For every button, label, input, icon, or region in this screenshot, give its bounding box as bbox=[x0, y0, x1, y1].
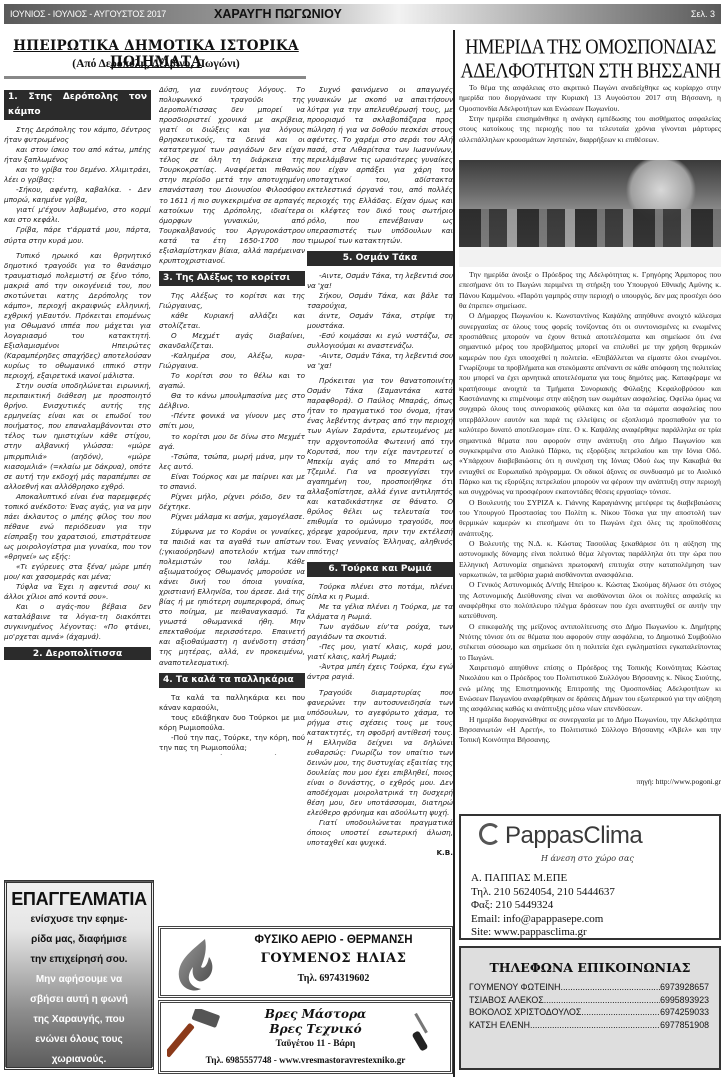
contact-list: ΓΟΥΜΕΝΟΥ ΦΩΤΕΙΝΗ6973928657 ΤΣΙΑΒΟΣ ΑΛΕΚΟ… bbox=[469, 981, 709, 1031]
verse: Σήκου, Οσμάν Τάκα, και βάλε τα τσαρούχια… bbox=[307, 291, 453, 311]
paragraph: Χαιρετισμό απηύθυνε επίσης ο Πρόεδρος τη… bbox=[459, 663, 721, 715]
verse: Της Αλέξως το κορίτσι και της Γιώργαινας… bbox=[159, 291, 305, 311]
verse: Ρίχνει μήλο, ρίχνει ρόιδο, δεν τα δέχτηκ… bbox=[159, 492, 305, 512]
paragraph: Ο Βολευτής της Ν.Δ. κ. Κώστας Τασούλας ξ… bbox=[459, 539, 721, 580]
contact-phones-title: ΤΗΛΕΦΩΝΑ ΕΠΙΚΟΙΝΩΝΙΑΣ bbox=[461, 960, 719, 975]
issue-date: ΙΟΥΝΙΟΣ - ΙΟΥΛΙΟΣ - ΑΥΓΟΥΣΤΟΣ 2017 bbox=[10, 9, 166, 19]
verse: -Αιντε, Οσμάν Τάκα, τη λεβεντιά σου να '… bbox=[307, 271, 453, 291]
verse: -Πέντε φονικά να γίνουν μες στο σπίτι μο… bbox=[159, 411, 305, 431]
promo-line: ρίδα μας, διαφήμισε bbox=[7, 930, 151, 950]
verse: -Σήκου, αφέντη, καβαλίκα. - Δεν μπορώ, κ… bbox=[4, 185, 151, 205]
promo-line: σβήσει αυτή η φωνή bbox=[7, 990, 151, 1010]
promo-line: ενίσχυσε την εφημε- bbox=[7, 910, 151, 930]
paragraph: Ο Δήμαρχος Πωγωνίου κ. Κωνσταντίνος Καψά… bbox=[459, 311, 721, 497]
verse: Θα το κάνω μπουλμπασίνα μες στο Δέλβινο. bbox=[159, 391, 305, 411]
screwdriver-icon bbox=[410, 1009, 440, 1053]
title-line: ΑΔΕΛΦΟΤΗΤΩΝ ΣΤΗ ΒΗΣΣΑΝΗ bbox=[458, 60, 723, 84]
advertise-promo-box: ΕΠΑΓΓΕΛΜΑΤΙΑ ενίσχυσε την εφημε- ρίδα μα… bbox=[4, 880, 154, 1070]
contact-entry: ΤΣΙΑΒΟΣ ΑΛΕΚΟΣ6995893923 bbox=[469, 994, 709, 1007]
swirl-logo-icon bbox=[479, 823, 501, 845]
verse: Στης Δερόπολης τον κάμπο, δέντρος ήταν φ… bbox=[4, 125, 151, 145]
verse: κάθε Κυριακή αλλάζει και στολίζεται. bbox=[159, 311, 305, 331]
phone: Τηλ. 210 5624054, 210 5444637 bbox=[471, 886, 615, 900]
contact-entry: ΒΟΚΟΛΟΣ ΧΡΙΣΤΟΔΟΥΛΟΣ6974259033 bbox=[469, 1006, 709, 1019]
paragraph: Στην ουσία υποδηλώνεται ειρωνική, περιπα… bbox=[4, 381, 151, 492]
pappas-slogan: Η άνεση στο χώρο σας bbox=[541, 854, 634, 863]
section-heading: 6. Τούρκα και Ρωμιά bbox=[307, 562, 453, 577]
contact-entry: ΚΑΤΣΗ ΕΛΕΝΗ6977851908 bbox=[469, 1019, 709, 1032]
paragraph: Η ημερίδα διοργανώθηκε σε συνεργασία με … bbox=[459, 715, 721, 746]
verse: -Πες μου, γιατί κλαις, κυρά μου, γιατί κ… bbox=[307, 642, 453, 662]
conference-body: Την ημερίδα άνοιξε ο Πρόεδρος της Αδελφό… bbox=[459, 270, 721, 746]
promo-line: Μην αφήσουμε να bbox=[7, 970, 151, 990]
paragraph: Το θέμα της ασφάλειας στο ακριτικό Πωγών… bbox=[459, 83, 721, 114]
vres-ad-line2: Βρες Τεχνικό bbox=[221, 1022, 410, 1036]
promo-line: ενώνει όλους τους bbox=[7, 1030, 151, 1050]
contact-entry: ΓΟΥΜΕΝΟΥ ΦΩΤΕΙΝΗ6973928657 bbox=[469, 981, 709, 994]
section-heading: 1. Στης Δερόπολης τον κάμπο bbox=[4, 90, 151, 120]
paragraph: Τραγούδι διαμαρτυρίας που φανερώνει την … bbox=[307, 688, 453, 819]
source-link[interactable]: πηγή: http://www.pogoni.gr bbox=[459, 777, 721, 786]
newspaper-header-bar: ΙΟΥΝΙΟΣ - ΙΟΥΛΙΟΣ - ΑΥΓΟΥΣΤΟΣ 2017 ΧΑΡΑΥ… bbox=[4, 4, 721, 24]
verse: Τα καλά τα παλληκάρια κει που κάναν καρα… bbox=[159, 693, 305, 713]
verse: τους εδιάβηκαν δυο Τούρκοι με μια κόρη Ρ… bbox=[159, 713, 305, 733]
paragraph: Ο Γενικός Αστυνομικός Δ/ντής Ηπείρου κ. … bbox=[459, 580, 721, 621]
verse: Γρίβα, πάρε τ'άρματά μου, πάρτα, σύρτα σ… bbox=[4, 225, 151, 245]
promo-line: χωριανούς. bbox=[7, 1050, 151, 1070]
vres-ad-contact[interactable]: Τηλ. 6985557748 - www.vresmastoravrestex… bbox=[163, 1055, 448, 1065]
poems-column-2: Δύση, για ευνόητους λόγους. Το πολυφωνικ… bbox=[159, 85, 305, 755]
paragraph: Συχνό φαινόμενο οι απαγωγές γυναικών με … bbox=[307, 85, 453, 246]
promo-line: της Χαραυγής, που bbox=[7, 1010, 151, 1030]
poems-article-subtitle: (Από Δερόπολη, Δέλβινο, Πωγώνι) bbox=[6, 58, 306, 70]
paragraph: Αποκαλυπτικό είναι ένα παρεμφερές τοπικό… bbox=[4, 492, 151, 562]
verse: Είναι Τούρκος και με παίρνει και με το σ… bbox=[159, 472, 305, 492]
column-divider bbox=[453, 30, 455, 1077]
section-heading: 2. Δεροπολίτισσα bbox=[4, 647, 151, 660]
pappasclima-ad: PappasClima Η άνεση στο χώρο σας Α. ΠΑΠΠ… bbox=[459, 814, 721, 940]
verse: Ρίχνει μάλαμα κι ασήμι, χαμογέλασε. bbox=[159, 512, 305, 522]
company-name: Α. ΠΑΠΠΑΣ Μ.ΕΠΕ bbox=[471, 872, 615, 886]
verse: και στον ίσκιο του από κάτω, μπέης ήταν … bbox=[4, 145, 151, 165]
section-heading: 4. Τα καλά τα παλληκάρια bbox=[159, 673, 305, 688]
paragraph: Τύφλα να Έχει η αφεντιά σου/ κι άλλοι χί… bbox=[4, 582, 151, 602]
verse: -Πού την πας, Τούρκε, την κόρη, πού την … bbox=[159, 733, 305, 753]
conference-article-title: ΗΜΕΡΙΔΑ ΤΗΣ ΟΜΟΣΠΟΝΔΙΑΣ ΑΔΕΛΦΟΤΗΤΩΝ ΣΤΗ … bbox=[458, 36, 723, 84]
promo-line: την επιχείρησή σου. bbox=[7, 950, 151, 970]
gas-ad-phone: Τηλ. 6974319602 bbox=[221, 973, 446, 984]
paragraph: Ο Βουλευτής του ΣΥΡΙΖΑ κ. Γιάννης Καραγι… bbox=[459, 498, 721, 539]
verse: και το γρίβα του δεμένο. Χλιμιτράει, λέε… bbox=[4, 165, 151, 185]
pappasclima-logo: PappasClima bbox=[479, 822, 642, 850]
paragraph: «Τι εγύρευες στα ξένα/ μώρε μπέη μου/ κα… bbox=[4, 562, 151, 582]
verse: -Τσώπα, τσώπα, μωρή μάνα, μην το λες αυτ… bbox=[159, 452, 305, 472]
paragraph: Πρόκειται για τον θανατοποινίτη Οσμάν Τά… bbox=[307, 376, 453, 557]
verse: Ο Μεχμέτ αγάς διαβαίνει, σκανδαλίζεται. bbox=[159, 331, 305, 351]
gas-heating-ad: ΦΥΣΙΚΟ ΑΕΡΙΟ - ΘΕΡΜΑΝΣΗ ΓΟΥΜΕΝΟΣ ΗΛΙΑΣ Τ… bbox=[158, 926, 453, 998]
author-signature: Κ.Β. bbox=[307, 848, 453, 855]
conference-intro: Το θέμα της ασφάλειας στο ακριτικό Πωγών… bbox=[459, 83, 721, 145]
verse: -Καλημέρα σου, Αλέξω, κυρα-Γιώργαινα. bbox=[159, 351, 305, 371]
conference-photo bbox=[459, 160, 721, 267]
header-rule bbox=[4, 76, 306, 79]
verse: -Άντρα μπέη έχεις Τούρκα, έχω εγώ άντρα … bbox=[307, 662, 453, 682]
verse: -Γκω την έχω γκορασμένη, με φλωράκια πλε… bbox=[159, 753, 305, 755]
verse: Τούρκα πλένει στο ποτάμι, πλένει δίπλα κ… bbox=[307, 582, 453, 602]
verse: γιατί μ'έχουν λαβωμένο, στο κορμί και στ… bbox=[4, 205, 151, 225]
paragraph: Γιατί υποδουλώνεται πραγματικά όποιος υπ… bbox=[307, 818, 453, 848]
promo-heading: ΕΠΑΓΓΕΛΜΑΤΙΑ bbox=[7, 889, 151, 910]
paragraph: Τυπικό ηρωικό και θρηνητικό δημοτικό τρα… bbox=[4, 251, 151, 382]
pappas-contact-info: Α. ΠΑΠΠΑΣ Μ.ΕΠΕ Τηλ. 210 5624054, 210 54… bbox=[471, 872, 615, 940]
email-link[interactable]: Email: info@apappasepe.com bbox=[471, 913, 615, 927]
section-heading: 5. Οσμάν Τάκα bbox=[307, 251, 453, 266]
contact-phones-box: ΤΗΛΕΦΩΝΑ ΕΠΙΚΟΙΝΩΝΙΑΣ ΓΟΥΜΕΝΟΥ ΦΩΤΕΙΝΗ69… bbox=[459, 946, 721, 1070]
paragraph: Την ημερίδα άνοιξε ο Πρόεδρος της Αδελφό… bbox=[459, 270, 721, 311]
verse: άιντε, Οσμάν Τάκα, στρίψε τη μουστάκα. bbox=[307, 311, 453, 331]
verse: -Αιντε, Οσμάν Τάκα, τη λεβεντιά σου να '… bbox=[307, 351, 453, 371]
site-link[interactable]: Site: www.pappasclima.gr bbox=[471, 926, 615, 940]
verse: -Εσύ κοιμάσαι κι εγώ νυστάζω, σε συλλογι… bbox=[307, 331, 453, 351]
section-heading: 3. Της Αλέξως το κορίτσι bbox=[159, 271, 305, 286]
poems-column-3: Συχνό φαινόμενο οι απαγωγές γυναικών με … bbox=[307, 85, 453, 855]
paragraph: Στην ημερίδα επισημάνθηκε η ανάγκη εμπέδ… bbox=[459, 114, 721, 145]
flame-icon bbox=[171, 937, 219, 993]
paragraph: Δύση, για ευνόητους λόγους. Το πολυφωνικ… bbox=[159, 85, 305, 266]
page-number: Σελ. 3 bbox=[691, 9, 715, 19]
paragraph: Ο επικεφαλής της μείζονος αντιπολίτευσης… bbox=[459, 622, 721, 663]
gas-ad-name: ΓΟΥΜΕΝΟΣ ΗΛΙΑΣ bbox=[221, 951, 446, 966]
verse: Των αγάδων είν'τα ρούχα, των ραγιάδων τα… bbox=[307, 622, 453, 642]
hammer-icon bbox=[167, 1009, 223, 1059]
gas-ad-title: ΦΥΣΙΚΟ ΑΕΡΙΟ - ΘΕΡΜΑΝΣΗ bbox=[221, 934, 446, 946]
vres-ad-address: Ταϋγέτου 11 - Βάρη bbox=[221, 1039, 410, 1049]
paragraph: Σύμφωνα με το Κοράνι οι γυναίκες, τα παι… bbox=[159, 527, 305, 668]
verse: Με τα γέλια πλένει η Τούρκα, με τα κλάμα… bbox=[307, 602, 453, 622]
newspaper-title: ΧΑΡΑΥΓΗ ΠΩΓΩΝΙΟΥ bbox=[214, 7, 342, 21]
poems-column-1: 1. Στης Δερόπολης τον κάμπο Στης Δερόπολ… bbox=[4, 85, 151, 660]
verse: Το κορίτσι σου το θέλω και το αγαπώ. bbox=[159, 371, 305, 391]
vres-ad-line1: Βρες Μάστορα bbox=[221, 1007, 410, 1021]
vres-mastora-ad: Βρες Μάστορα Βρες Τεχνικό Ταϋγέτου 11 - … bbox=[158, 1000, 453, 1074]
verse: το κορίτσι μου δε δίνω στο Μεχμέτ αγά. bbox=[159, 432, 305, 452]
title-line: ΗΜΕΡΙΔΑ ΤΗΣ ΟΜΟΣΠΟΝΔΙΑΣ bbox=[458, 36, 723, 60]
fax: Φαξ: 210 5449324 bbox=[471, 899, 615, 913]
paragraph: Και ο αγάς-που βέβαια δεν καταλάβαινε τα… bbox=[4, 602, 151, 642]
